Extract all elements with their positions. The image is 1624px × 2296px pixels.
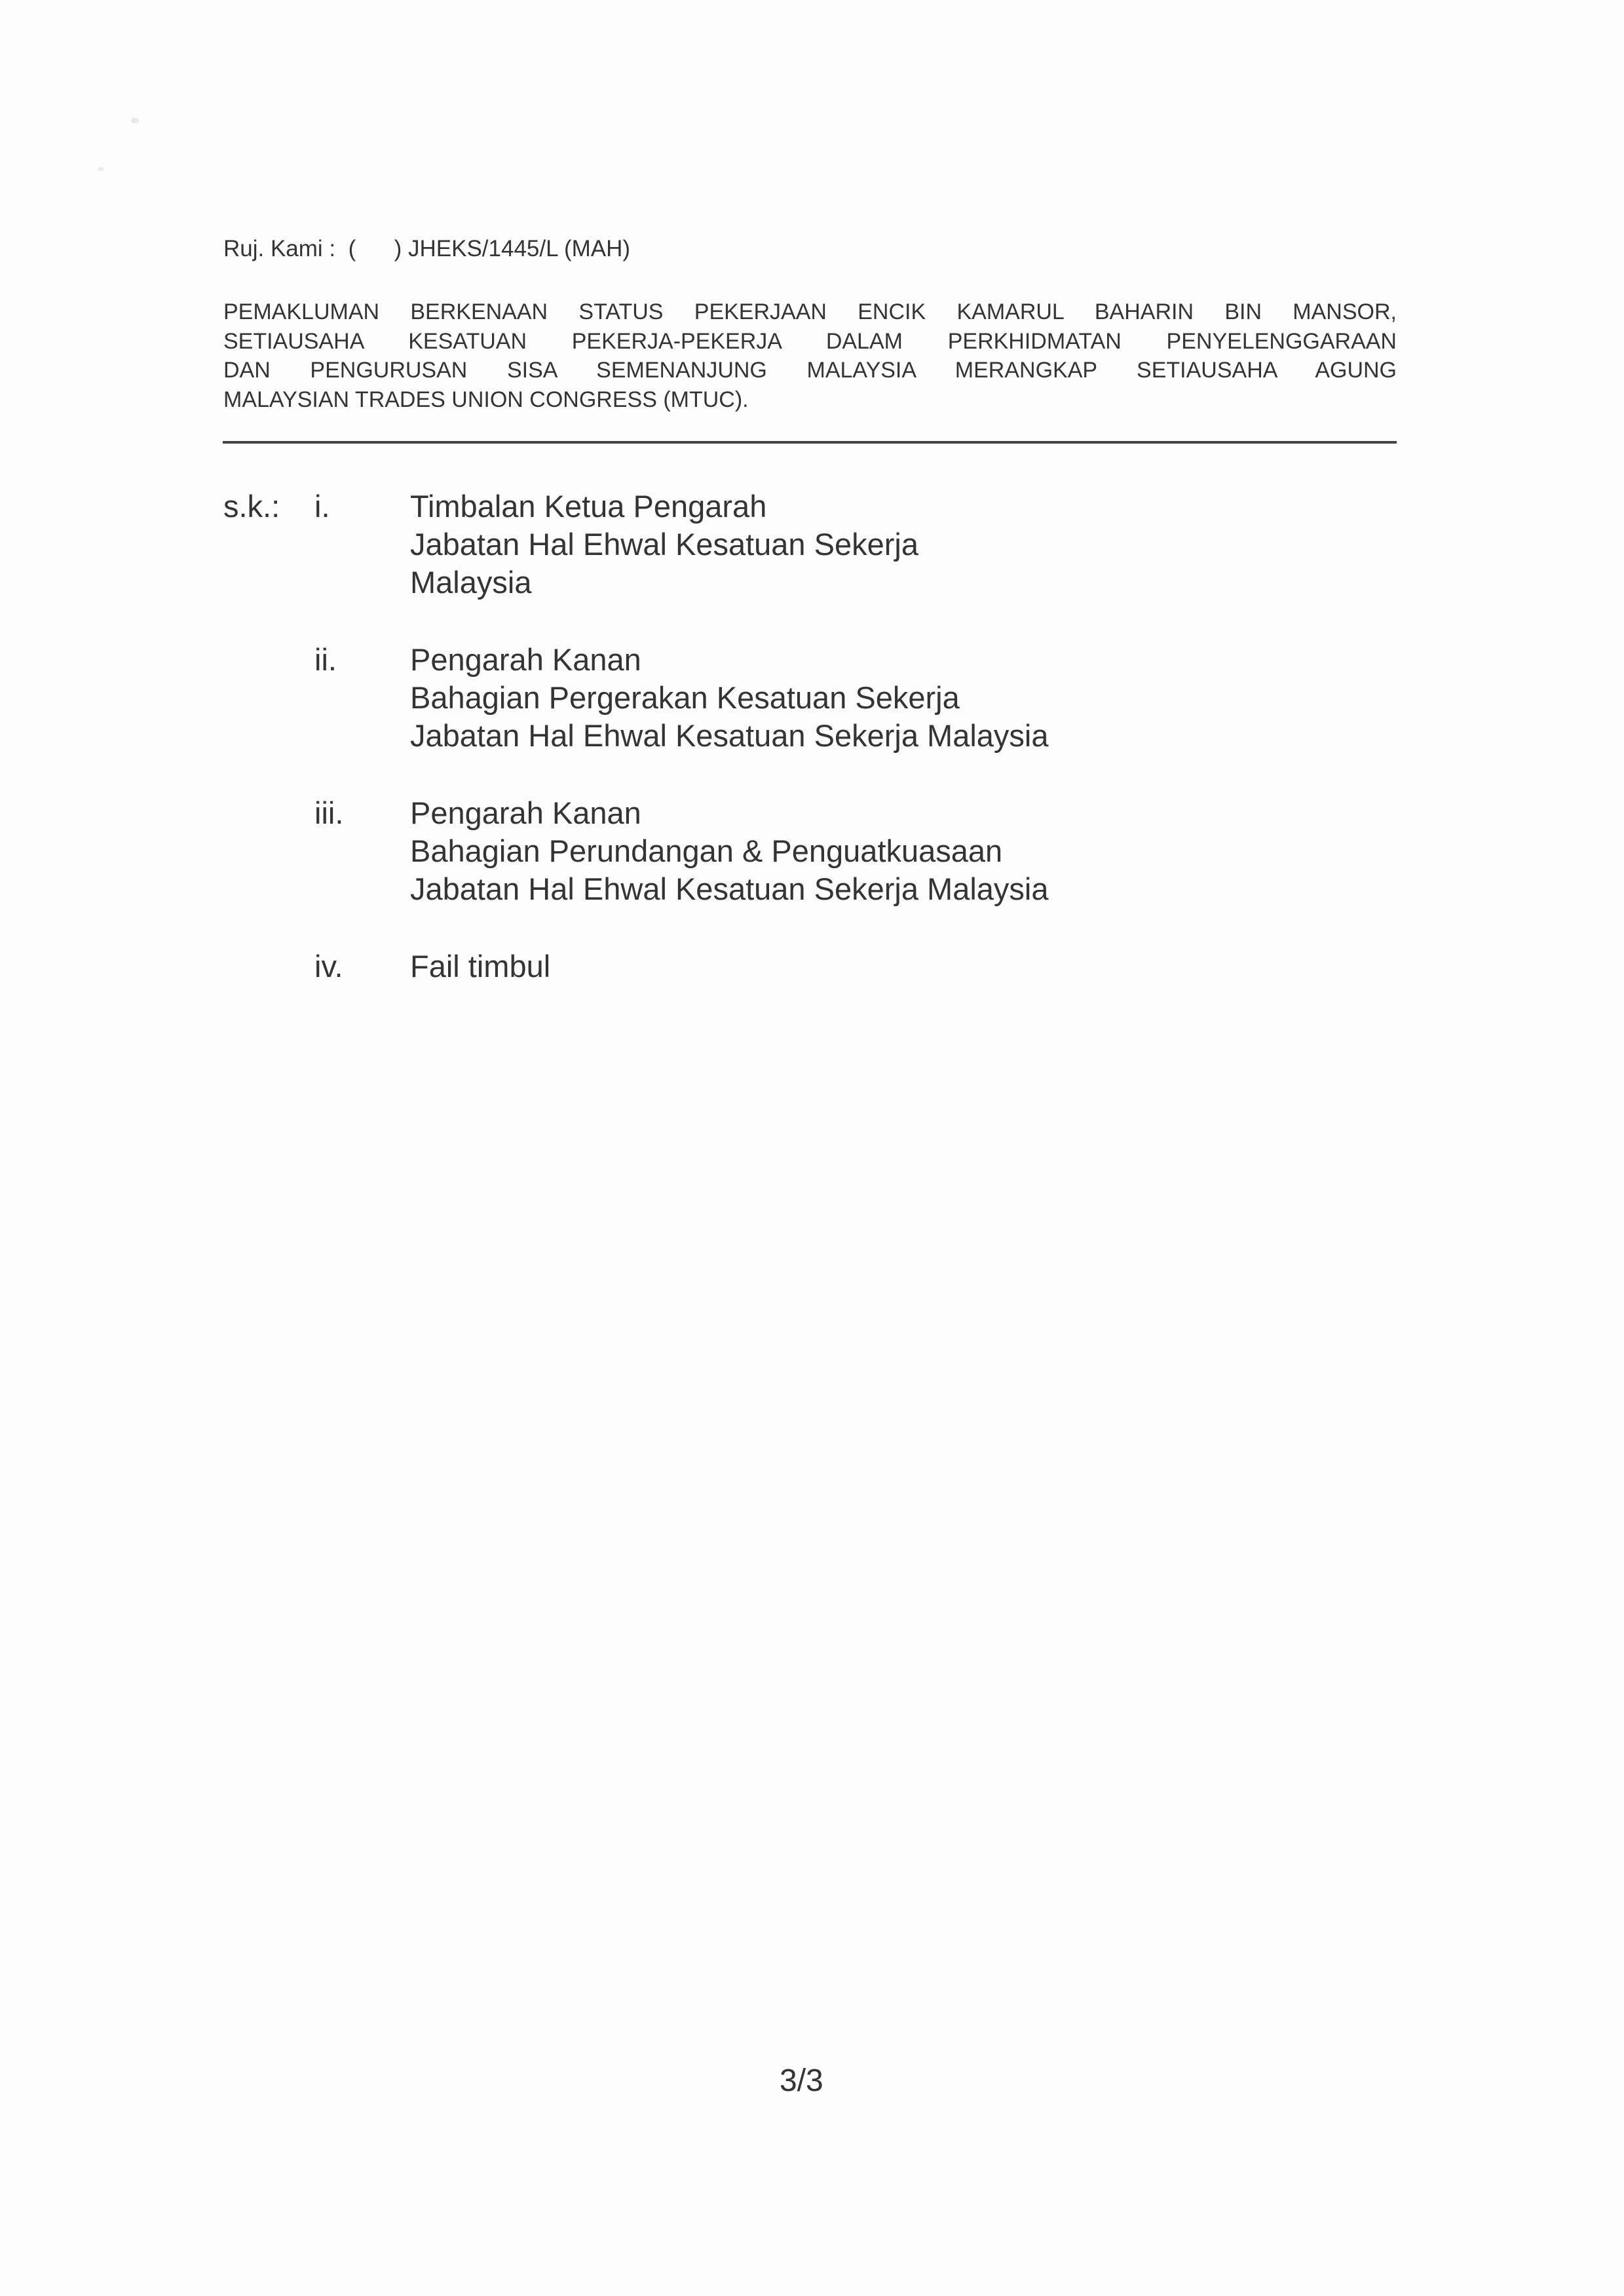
page-number: 3/3 bbox=[780, 2063, 823, 2099]
cc-recipient-line: Timbalan Ketua Pengarah bbox=[410, 488, 918, 526]
scan-speck bbox=[131, 118, 139, 123]
subject-line: PEMAKLUMAN BERKENAAN STATUS PEKERJAAN EN… bbox=[223, 297, 1397, 327]
cc-recipient-line: Jabatan Hal Ehwal Kesatuan Sekerja Malay… bbox=[410, 717, 1049, 755]
subject-heading: PEMAKLUMAN BERKENAAN STATUS PEKERJAAN EN… bbox=[223, 297, 1397, 414]
cc-recipient-line: Jabatan Hal Ehwal Kesatuan Sekerja Malay… bbox=[410, 870, 1049, 908]
cc-recipient-line: Pengarah Kanan bbox=[410, 641, 1049, 679]
cc-item-number: iv. bbox=[314, 947, 343, 985]
subject-line: DAN PENGURUSAN SISA SEMENANJUNG MALAYSIA… bbox=[223, 356, 1397, 385]
cc-label: s.k.: bbox=[223, 488, 280, 526]
cc-recipient-line: Fail timbul bbox=[410, 947, 550, 985]
cc-recipient-line: Bahagian Pergerakan Kesatuan Sekerja bbox=[410, 679, 1049, 717]
cc-item-number: ii. bbox=[314, 641, 337, 679]
subject-line: MALAYSIAN TRADES UNION CONGRESS (MTUC). bbox=[223, 385, 1397, 415]
horizontal-divider bbox=[223, 441, 1397, 444]
cc-recipient: Timbalan Ketua Pengarah Jabatan Hal Ehwa… bbox=[410, 488, 918, 602]
cc-recipient-line: Jabatan Hal Ehwal Kesatuan Sekerja bbox=[410, 526, 918, 564]
scan-speck bbox=[98, 167, 104, 171]
cc-recipient: Pengarah Kanan Bahagian Pergerakan Kesat… bbox=[410, 641, 1049, 755]
cc-recipient-line: Malaysia bbox=[410, 564, 918, 602]
cc-recipient-line: Bahagian Perundangan & Penguatkuasaan bbox=[410, 832, 1049, 870]
cc-recipient: Pengarah Kanan Bahagian Perundangan & Pe… bbox=[410, 794, 1049, 908]
cc-item-number: iii. bbox=[314, 794, 343, 832]
cc-recipient: Fail timbul bbox=[410, 947, 550, 985]
cc-item-number: i. bbox=[314, 488, 330, 526]
cc-recipient-line: Pengarah Kanan bbox=[410, 794, 1049, 832]
subject-line: SETIAUSAHA KESATUAN PEKERJA-PEKERJA DALA… bbox=[223, 327, 1397, 356]
reference-number: Ruj. Kami : ( ) JHEKS/1445/L (MAH) bbox=[223, 236, 630, 262]
